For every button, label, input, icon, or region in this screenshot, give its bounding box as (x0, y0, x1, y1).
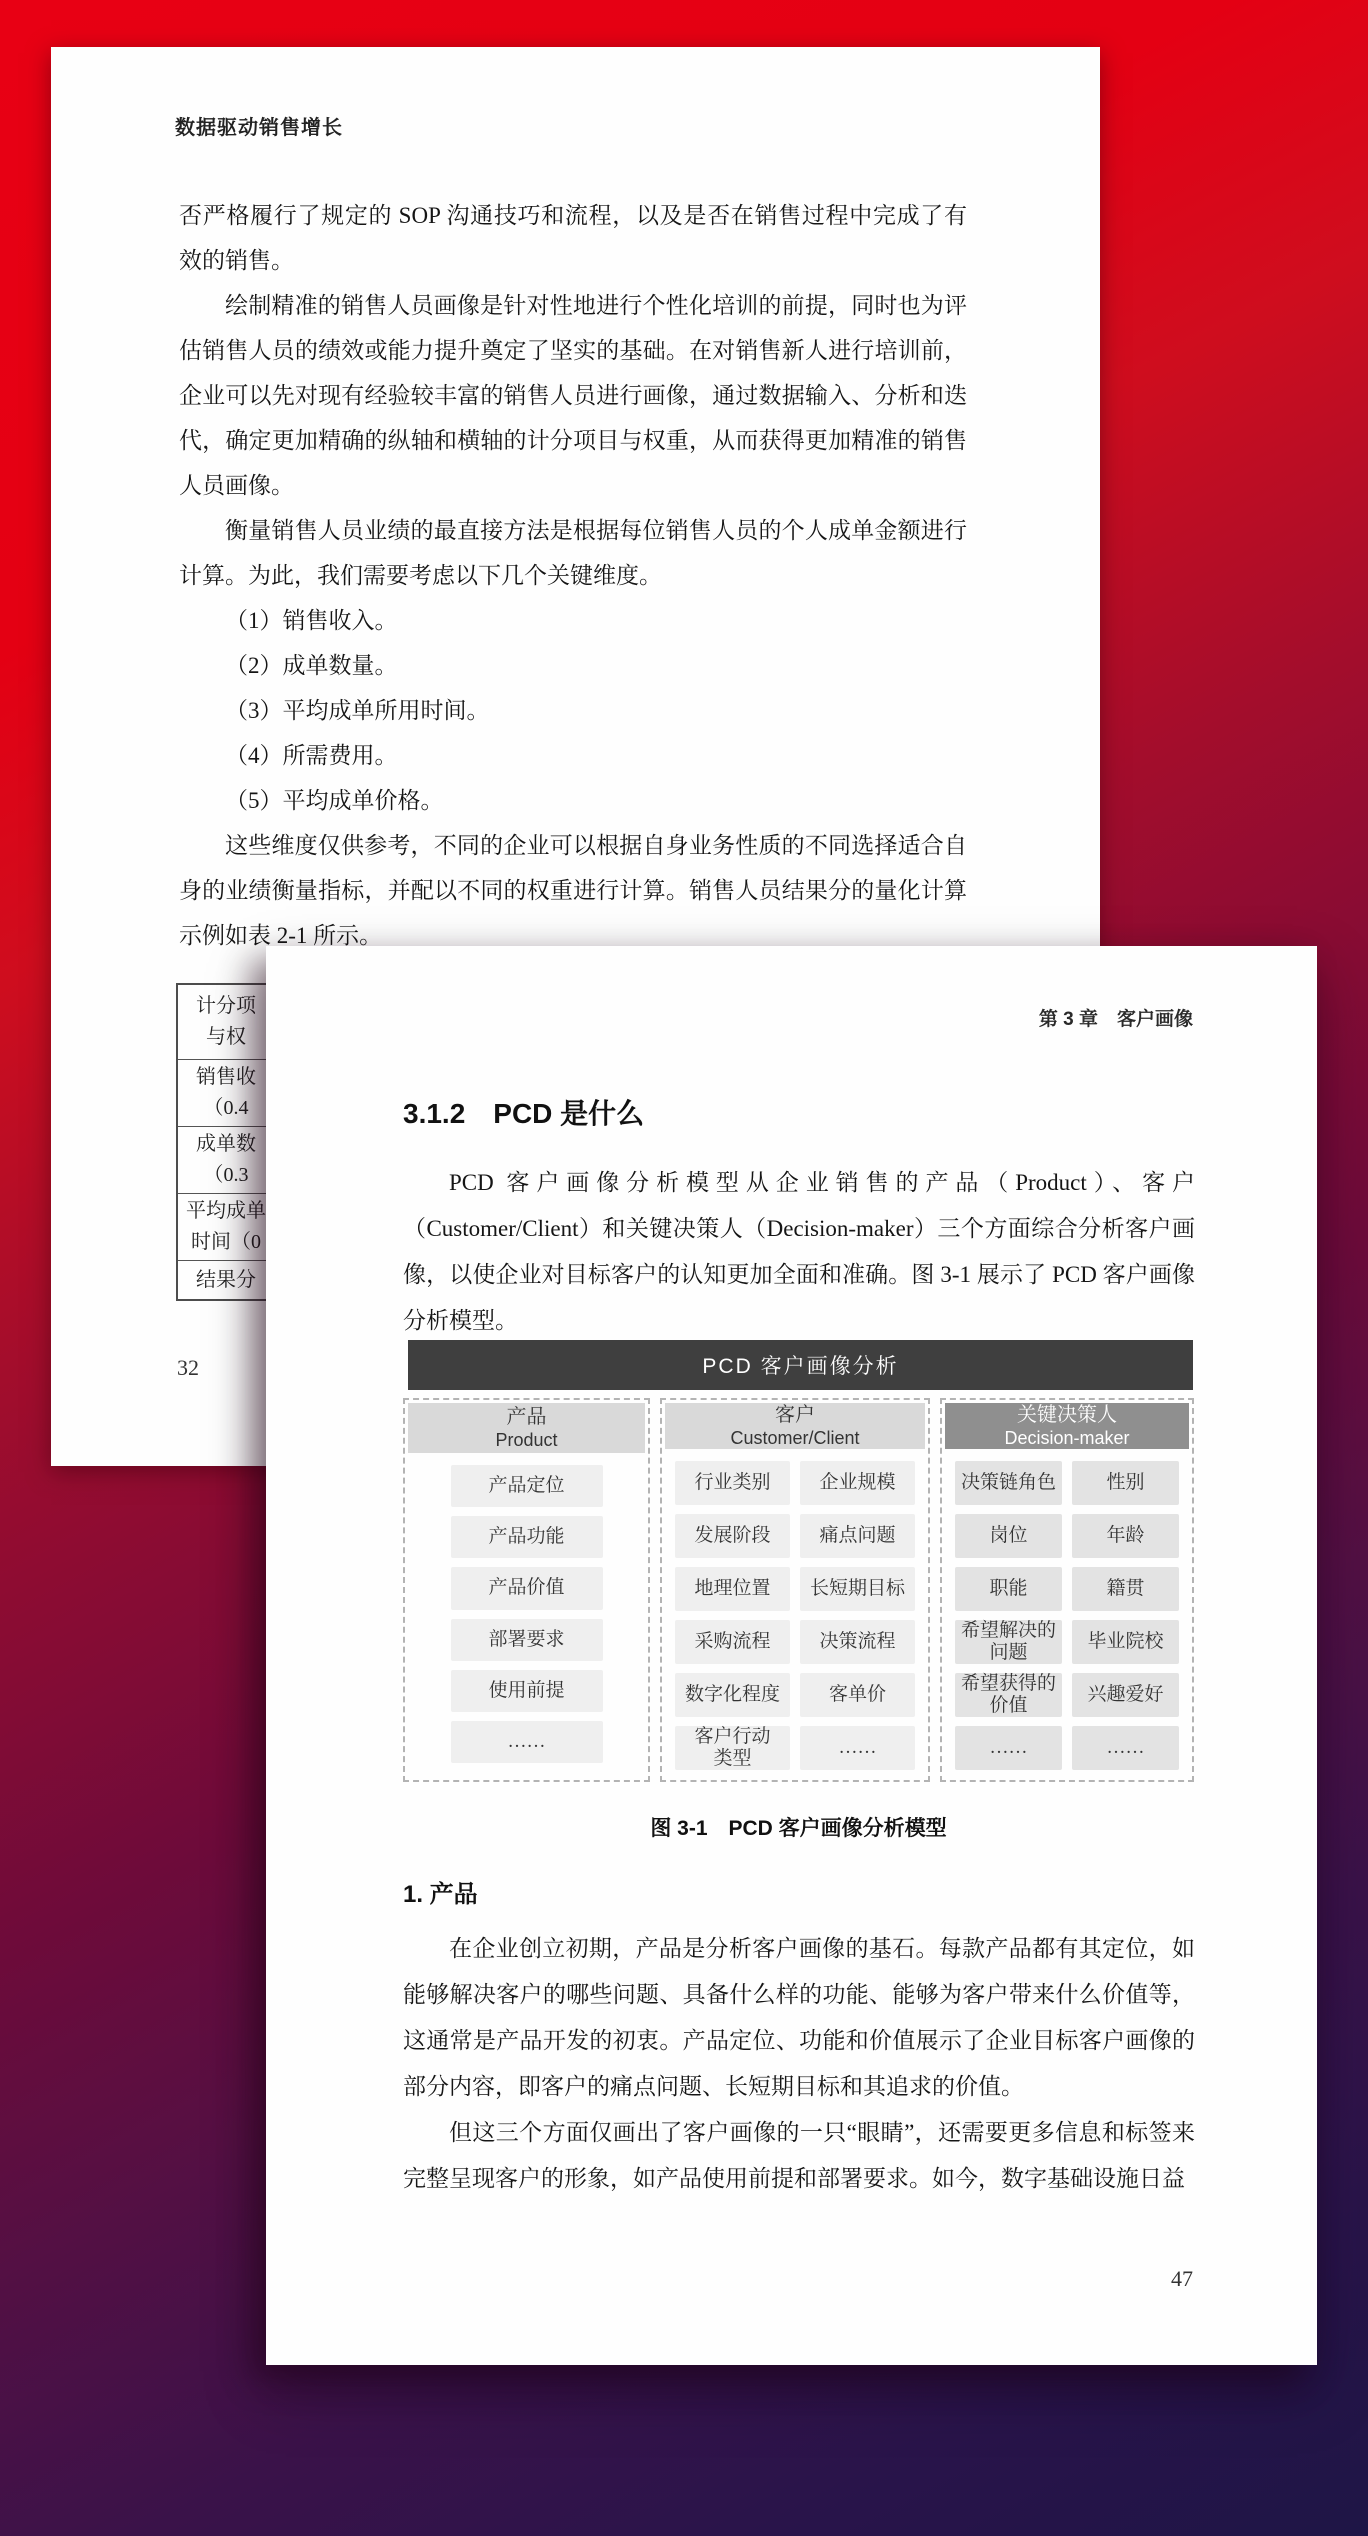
table-row: 计分项 与权 (178, 985, 274, 1059)
diagram-cell: …… (1072, 1726, 1179, 1770)
diagram-cell: 职能 (955, 1567, 1062, 1611)
diagram-cell: 产品功能 (451, 1516, 603, 1558)
diagram-cell: 行业类别 (675, 1461, 790, 1505)
list-item: （1）销售收入。 (179, 598, 967, 643)
diagram-cell: 数字化程度 (675, 1673, 790, 1717)
diagram-cell: 性别 (1072, 1461, 1179, 1505)
column-title-cn: 关键决策人 (1017, 1403, 1117, 1427)
table-row: 平均成单 时间（0 (178, 1193, 274, 1260)
page-32-body: 否严格履行了规定的 SOP 沟通技巧和流程，以及是否在销售过程中完成了有效的销售… (179, 193, 967, 958)
list-item: （2）成单数量。 (179, 643, 967, 688)
diagram-column-decision-maker: 关键决策人 Decision-maker 决策链角色 性别 岗位 年龄 职能 籍… (940, 1398, 1194, 1782)
table-row: 销售收 （0.4 (178, 1059, 274, 1126)
diagram-cell: 年龄 (1072, 1514, 1179, 1558)
section-heading: 3.1.2 PCD 是什么 (403, 1092, 644, 1132)
diagram-column-customer: 客户 Customer/Client 行业类别 企业规模 发展阶段 痛点问题 地… (660, 1398, 930, 1782)
diagram-cell: 企业规模 (800, 1461, 915, 1505)
column-cells: 行业类别 企业规模 发展阶段 痛点问题 地理位置 长短期目标 采购流程 决策流程… (665, 1449, 925, 1784)
column-title-en: Product (495, 1429, 557, 1451)
diagram-cell: 客单价 (800, 1673, 915, 1717)
column-header-product: 产品 Product (408, 1403, 645, 1453)
diagram-cell: 产品定位 (451, 1465, 603, 1507)
diagram-cell: 采购流程 (675, 1620, 790, 1664)
diagram-cell: 痛点问题 (800, 1514, 915, 1558)
paragraph: 但这三个方面仅画出了客户画像的一只“眼睛”，还需要更多信息和标签来完整呈现客户的… (403, 2110, 1195, 2202)
diagram-cell: 部署要求 (451, 1619, 603, 1661)
list-item: （5）平均成单价格。 (179, 778, 967, 823)
diagram-cell: …… (955, 1726, 1062, 1770)
list-item: （4）所需费用。 (179, 733, 967, 778)
column-title-cn: 客户 (775, 1403, 815, 1427)
sub-heading: 1. 产品 (403, 1874, 478, 1909)
pcd-diagram: PCD 客户画像分析 产品 Product 产品定位 产品功能 产品价值 部署要… (403, 1340, 1194, 1782)
diagram-cell: 籍贯 (1072, 1567, 1179, 1611)
column-cells: 决策链角色 性别 岗位 年龄 职能 籍贯 希望解决的 问题 毕业院校 希望获得的… (945, 1449, 1189, 1784)
page-number-47: 47 (1171, 2266, 1193, 2292)
diagram-cell: 使用前提 (451, 1670, 603, 1712)
table-2-1-partial: 计分项 与权 销售收 （0.4 成单数 （0.3 平均成单 时间（0 结果分 (176, 983, 276, 1301)
diagram-cell: 决策流程 (800, 1620, 915, 1664)
book-spread-background: 数据驱动销售增长 否严格履行了规定的 SOP 沟通技巧和流程，以及是否在销售过程… (0, 0, 1368, 2536)
paragraph: 绘制精准的销售人员画像是针对性地进行个性化培训的前提，同时也为评估销售人员的绩效… (179, 283, 967, 508)
diagram-cell: 兴趣爱好 (1072, 1673, 1179, 1717)
diagram-columns: 产品 Product 产品定位 产品功能 产品价值 部署要求 使用前提 …… 客… (403, 1398, 1194, 1782)
paragraph: 否严格履行了规定的 SOP 沟通技巧和流程，以及是否在销售过程中完成了有效的销售… (179, 193, 967, 283)
diagram-cell: 决策链角色 (955, 1461, 1062, 1505)
paragraph: 衡量销售人员业绩的最直接方法是根据每位销售人员的个人成单金额进行计算。为此，我们… (179, 508, 967, 598)
table-row: 成单数 （0.3 (178, 1126, 274, 1193)
diagram-title-bar: PCD 客户画像分析 (408, 1340, 1193, 1390)
intro-paragraph: PCD 客户画像分析模型从企业销售的产品（Product）、客户（Custome… (403, 1160, 1195, 1344)
column-title-cn: 产品 (507, 1405, 547, 1429)
diagram-cell: 发展阶段 (675, 1514, 790, 1558)
diagram-cell: 产品价值 (451, 1567, 603, 1609)
diagram-cell: 希望解决的 问题 (955, 1620, 1062, 1664)
diagram-cell: …… (800, 1726, 915, 1770)
paragraph: 在企业创立初期，产品是分析客户画像的基石。每款产品都有其定位，如能够解决客户的哪… (403, 1926, 1195, 2110)
page-47-body: 在企业创立初期，产品是分析客户画像的基石。每款产品都有其定位，如能够解决客户的哪… (403, 1926, 1195, 2202)
running-header: 数据驱动销售增长 (175, 111, 343, 140)
book-page-47: 第 3 章 客户画像 3.1.2 PCD 是什么 PCD 客户画像分析模型从企业… (266, 946, 1317, 2365)
diagram-cell: 岗位 (955, 1514, 1062, 1558)
diagram-cell: 地理位置 (675, 1567, 790, 1611)
diagram-cell: 希望获得的 价值 (955, 1673, 1062, 1717)
table-row: 结果分 (178, 1260, 274, 1299)
paragraph: 这些维度仅供参考，不同的企业可以根据自身业务性质的不同选择适合自身的业绩衡量指标… (179, 823, 967, 958)
diagram-cell: 客户行动 类型 (675, 1726, 790, 1770)
column-cells: 产品定位 产品功能 产品价值 部署要求 使用前提 …… (408, 1453, 645, 1777)
column-title-en: Decision-maker (1004, 1427, 1129, 1449)
chapter-header: 第 3 章 客户画像 (1039, 1004, 1193, 1031)
column-header-customer: 客户 Customer/Client (665, 1403, 925, 1449)
page-number-32: 32 (177, 1355, 199, 1381)
diagram-column-product: 产品 Product 产品定位 产品功能 产品价值 部署要求 使用前提 …… (403, 1398, 650, 1782)
list-item: （3）平均成单所用时间。 (179, 688, 967, 733)
diagram-cell: …… (451, 1721, 603, 1763)
column-header-decision-maker: 关键决策人 Decision-maker (945, 1403, 1189, 1449)
diagram-cell: 长短期目标 (800, 1567, 915, 1611)
column-title-en: Customer/Client (730, 1427, 859, 1449)
figure-caption: 图 3-1 PCD 客户画像分析模型 (403, 1812, 1194, 1842)
diagram-cell: 毕业院校 (1072, 1620, 1179, 1664)
